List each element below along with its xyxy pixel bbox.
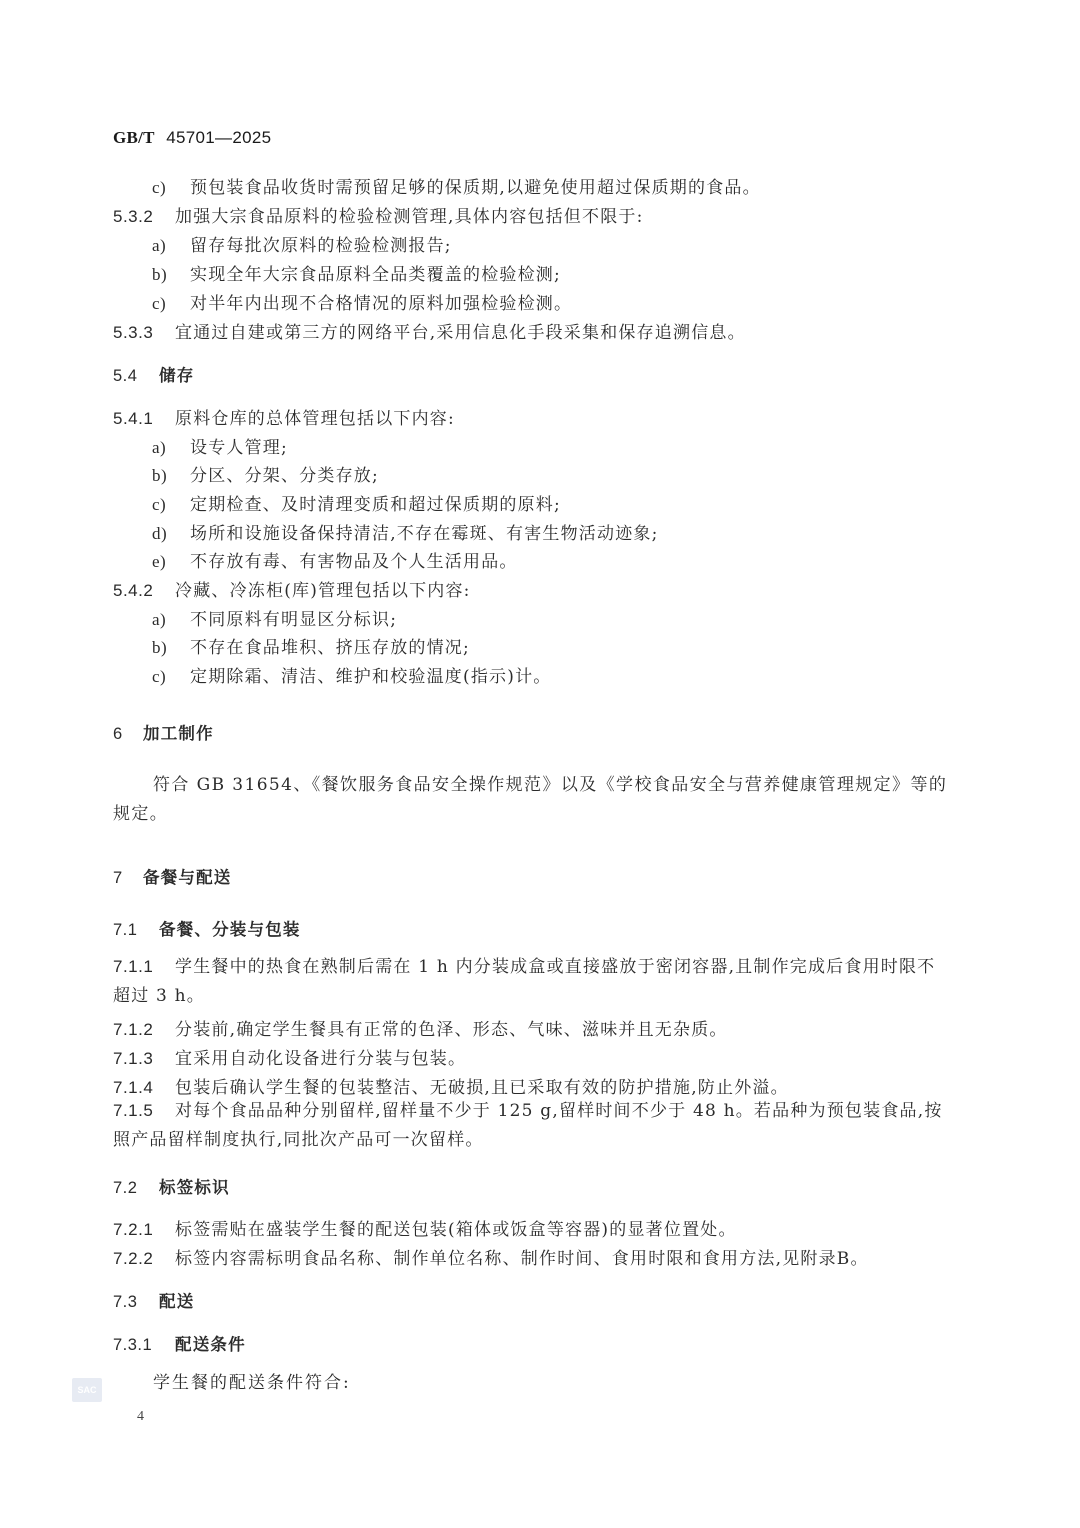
heading-text: 标签标识 xyxy=(159,1178,230,1197)
section-number: 7.1 xyxy=(113,920,159,940)
item-label: a) xyxy=(152,236,190,256)
section-number: 6 xyxy=(113,724,143,744)
list-item: c)预包装食品收货时需预留足够的保质期,以避免使用超过保质期的食品。 xyxy=(152,178,761,198)
line-text: 场所和设施设备保持清洁,不存在霉斑、有害生物活动迹象; xyxy=(190,524,659,544)
list-item: b)实现全年大宗食品原料全品类覆盖的检验检测; xyxy=(152,265,561,285)
item-label: b) xyxy=(152,265,190,285)
list-item: b)分区、分架、分类存放; xyxy=(152,466,379,486)
list-item: b)不存在食品堆积、挤压存放的情况; xyxy=(152,638,470,658)
line-text: 包装后确认学生餐的包装整洁、无破损,且已采取有效的防护措施,防止外溢。 xyxy=(175,1078,789,1098)
item-label: b) xyxy=(152,466,190,486)
line-text: 不同原料有明显区分标识; xyxy=(190,610,397,630)
line-text: 定期除霜、清洁、维护和校验温度(指示)计。 xyxy=(190,667,551,687)
clause: 7.2.2标签内容需标明食品名称、制作单位名称、制作时间、食用时限和食用方法,见… xyxy=(113,1249,869,1269)
clause: 5.4.2冷藏、冷冻柜(库)管理包括以下内容: xyxy=(113,581,471,601)
clause: 7.1.2分装前,确定学生餐具有正常的色泽、形态、气味、滋味并且无杂质。 xyxy=(113,1020,728,1040)
list-item: c)定期除霜、清洁、维护和校验温度(指示)计。 xyxy=(152,667,551,687)
section-heading: 5.4储存 xyxy=(113,366,194,386)
section-number: 5.4 xyxy=(113,366,159,386)
line-text: 标签内容需标明食品名称、制作单位名称、制作时间、食用时限和食用方法,见附录B。 xyxy=(175,1249,869,1269)
item-label: c) xyxy=(152,667,190,687)
section-number: 7.1.4 xyxy=(113,1078,175,1098)
line-text: 定期检查、及时清理变质和超过保质期的原料; xyxy=(190,495,561,515)
line-text: 标签需贴在盛装学生餐的配送包装(箱体或饭盒等容器)的显著位置处。 xyxy=(175,1220,737,1240)
line-text: 留存每批次原料的检验检测报告; xyxy=(190,236,452,256)
clause-number: 7.1.5 xyxy=(113,1096,175,1125)
line-text: 预包装食品收货时需预留足够的保质期,以避免使用超过保质期的食品。 xyxy=(190,178,761,198)
clause: 5.3.3宜通过自建或第三方的网络平台,采用信息化手段采集和保存追溯信息。 xyxy=(113,323,746,343)
list-item: a)留存每批次原料的检验检测报告; xyxy=(152,236,452,256)
section-heading: 7.3.1配送条件 xyxy=(113,1335,246,1355)
clause-7-1-5: 7.1.5对每个食品品种分别留样,留样量不少于 125 g,留样时间不少于 48… xyxy=(113,1096,953,1155)
list-item: e)不存放有毒、有害物品及个人生活用品。 xyxy=(152,552,518,572)
item-label: e) xyxy=(152,552,190,572)
standard-header: GB/T 45701—2025 xyxy=(113,128,271,148)
item-label: a) xyxy=(152,438,190,458)
section-6-body: 符合 GB 31654、《餐饮服务食品安全操作规范》以及《学校食品安全与营养健康… xyxy=(113,771,953,829)
line-text: 对半年内出现不合格情况的原料加强检验检测。 xyxy=(190,294,572,314)
heading-text: 备餐与配送 xyxy=(143,868,232,887)
page-number: 4 xyxy=(137,1409,144,1425)
sac-logo-watermark: SAC xyxy=(72,1378,102,1402)
heading-text: 配送 xyxy=(159,1292,194,1311)
item-label: a) xyxy=(152,610,190,630)
standard-code: GB/T xyxy=(113,128,155,147)
section-number: 7.2.2 xyxy=(113,1249,175,1269)
clause: 7.1.4包装后确认学生餐的包装整洁、无破损,且已采取有效的防护措施,防止外溢。 xyxy=(113,1078,789,1098)
section-number: 5.3.2 xyxy=(113,207,175,227)
section-number: 7.3.1 xyxy=(113,1335,175,1355)
section-heading: 7备餐与配送 xyxy=(113,868,232,888)
list-item: c)定期检查、及时清理变质和超过保质期的原料; xyxy=(152,495,561,515)
clause-text: 学生餐中的热食在熟制后需在 1 h 内分装成盒或直接盛放于密闭容器,且制作完成后… xyxy=(113,957,935,1006)
heading-text: 加工制作 xyxy=(143,724,214,743)
line-text: 分装前,确定学生餐具有正常的色泽、形态、气味、滋味并且无杂质。 xyxy=(175,1020,728,1040)
line-text: 宜采用自动化设备进行分装与包装。 xyxy=(175,1049,466,1069)
section-number: 7.2 xyxy=(113,1178,159,1198)
section-number: 5.4.2 xyxy=(113,581,175,601)
list-item: a)不同原料有明显区分标识; xyxy=(152,610,397,630)
line-text: 宜通过自建或第三方的网络平台,采用信息化手段采集和保存追溯信息。 xyxy=(175,323,746,343)
list-item: d)场所和设施设备保持清洁,不存在霉斑、有害生物活动迹象; xyxy=(152,524,659,544)
section-number: 7.1.3 xyxy=(113,1049,175,1069)
item-label: c) xyxy=(152,294,190,314)
line-text: 设专人管理; xyxy=(190,438,288,458)
section-heading: 6加工制作 xyxy=(113,724,214,744)
line-text: 实现全年大宗食品原料全品类覆盖的检验检测; xyxy=(190,265,561,285)
clause-7-3-1-body: 学生餐的配送条件符合: xyxy=(113,1369,953,1398)
item-label: d) xyxy=(152,524,190,544)
list-item: a)设专人管理; xyxy=(152,438,288,458)
item-label: c) xyxy=(152,178,190,198)
section-number: 5.4.1 xyxy=(113,409,175,429)
paragraph-text: 符合 GB 31654、《餐饮服务食品安全操作规范》以及《学校食品安全与营养健康… xyxy=(113,775,947,824)
line-text: 分区、分架、分类存放; xyxy=(190,466,379,486)
section-number: 7.2.1 xyxy=(113,1220,175,1240)
heading-text: 配送条件 xyxy=(175,1335,246,1354)
clause-text: 对每个食品品种分别留样,留样量不少于 125 g,留样时间不少于 48 h。若品… xyxy=(113,1101,943,1150)
clause: 7.2.1标签需贴在盛装学生餐的配送包装(箱体或饭盒等容器)的显著位置处。 xyxy=(113,1220,737,1240)
section-number: 7.3 xyxy=(113,1292,159,1312)
document-page: GB/T 45701—2025 c)预包装食品收货时需预留足够的保质期,以避免使… xyxy=(0,0,1080,1528)
line-text: 加强大宗食品原料的检验检测管理,具体内容包括但不限于: xyxy=(175,207,644,227)
clause: 5.3.2加强大宗食品原料的检验检测管理,具体内容包括但不限于: xyxy=(113,207,644,227)
item-label: b) xyxy=(152,638,190,658)
standard-number: 45701—2025 xyxy=(166,128,271,147)
clause-7-1-1: 7.1.1学生餐中的热食在熟制后需在 1 h 内分装成盒或直接盛放于密闭容器,且… xyxy=(113,952,953,1011)
line-text: 不存在食品堆积、挤压存放的情况; xyxy=(190,638,470,658)
line-text: 冷藏、冷冻柜(库)管理包括以下内容: xyxy=(175,581,471,601)
section-heading: 7.3配送 xyxy=(113,1292,194,1312)
section-number: 5.3.3 xyxy=(113,323,175,343)
section-heading: 7.1备餐、分装与包装 xyxy=(113,920,301,940)
list-item: c)对半年内出现不合格情况的原料加强检验检测。 xyxy=(152,294,572,314)
heading-text: 备餐、分装与包装 xyxy=(159,920,301,939)
clause: 5.4.1原料仓库的总体管理包括以下内容: xyxy=(113,409,455,429)
section-number: 7 xyxy=(113,868,143,888)
clause-number: 7.1.1 xyxy=(113,952,175,981)
item-label: c) xyxy=(152,495,190,515)
paragraph-text: 学生餐的配送条件符合: xyxy=(153,1373,351,1393)
heading-text: 储存 xyxy=(159,366,194,385)
clause: 7.1.3宜采用自动化设备进行分装与包装。 xyxy=(113,1049,466,1069)
section-number: 7.1.2 xyxy=(113,1020,175,1040)
line-text: 不存放有毒、有害物品及个人生活用品。 xyxy=(190,552,518,572)
section-heading: 7.2标签标识 xyxy=(113,1178,230,1198)
line-text: 原料仓库的总体管理包括以下内容: xyxy=(175,409,455,429)
